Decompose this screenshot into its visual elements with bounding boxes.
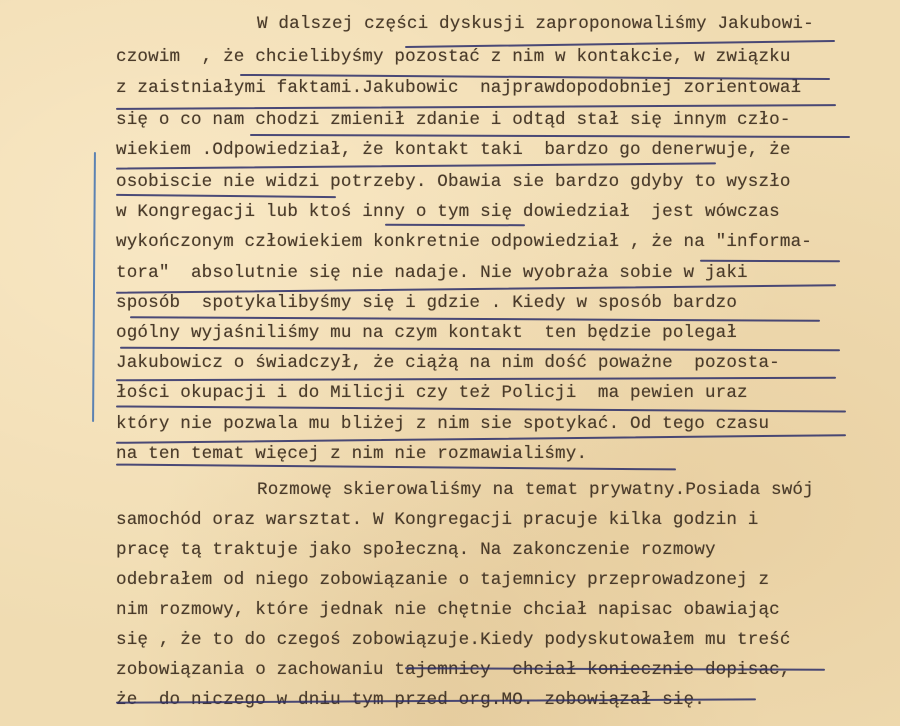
pen-underline-stroke [250, 134, 850, 138]
text-line: samochód oraz warsztat. W Kongregacji pr… [116, 510, 758, 530]
text-line: ogólny wyjaśniliśmy mu na czym kontakt t… [116, 323, 737, 343]
text-line: w Kongregacji lub ktoś inny o tym się do… [116, 202, 780, 222]
text-line: odebrałem od niego zobowiązanie o tajemn… [116, 570, 769, 590]
pen-underline-stroke [116, 162, 716, 169]
text-line: pracę tą traktuje jako społeczną. Na zak… [116, 540, 716, 560]
pen-underline-stroke [385, 224, 525, 226]
pen-underline-stroke [130, 316, 820, 322]
margin-mark-line [92, 152, 96, 422]
pen-underline-stroke [116, 405, 846, 412]
pen-underline-stroke [116, 377, 836, 382]
text-line: osobiscie nie widzi potrzeby. Obawia sie… [116, 172, 791, 192]
pen-underline-stroke [120, 347, 840, 352]
text-line: sposób spotykalibyśmy się i gdzie . Kied… [116, 293, 737, 313]
pen-underline-stroke [116, 194, 336, 198]
text-line: na ten temat więcej z nim nie rozmawiali… [116, 444, 587, 464]
text-line: czowim , że chcielibyśmy pozostać z nim … [116, 47, 791, 67]
text-line: łości okupacji i do Milicji czy też Poli… [116, 383, 748, 403]
text-line: tora" absolutnie się nie nadaje. Nie wyo… [116, 263, 748, 283]
pen-underline-stroke [116, 464, 676, 471]
text-line: Rozmowę skierowaliśmy na temat prywatny.… [257, 480, 814, 500]
text-line: który nie pozwala mu bliżej z nim sie sp… [116, 414, 769, 434]
text-line: wiekiem .Odpowiedział, że kontakt taki b… [116, 140, 791, 160]
text-line: W dalszej części dyskusji zaproponowaliś… [257, 14, 814, 34]
text-line: nim rozmowy, które jednak nie chętnie ch… [116, 600, 780, 620]
text-line: Jakubowicz o świadczył, że ciążą na nim … [116, 353, 780, 373]
text-line: z zaistniałymi faktami.Jakubowic najpraw… [116, 78, 801, 98]
text-line: wykończonym człowiekiem konkretnie odpow… [116, 232, 812, 252]
text-line: się , że to do czegoś zobowiązuje.Kiedy … [116, 630, 791, 650]
text-line: się o co nam chodzi zmienił zdanie i odt… [116, 110, 791, 130]
document-page: W dalszej części dyskusji zaproponowaliś… [0, 0, 900, 726]
pen-underline-stroke [700, 260, 840, 262]
pen-underline-stroke [116, 434, 846, 444]
